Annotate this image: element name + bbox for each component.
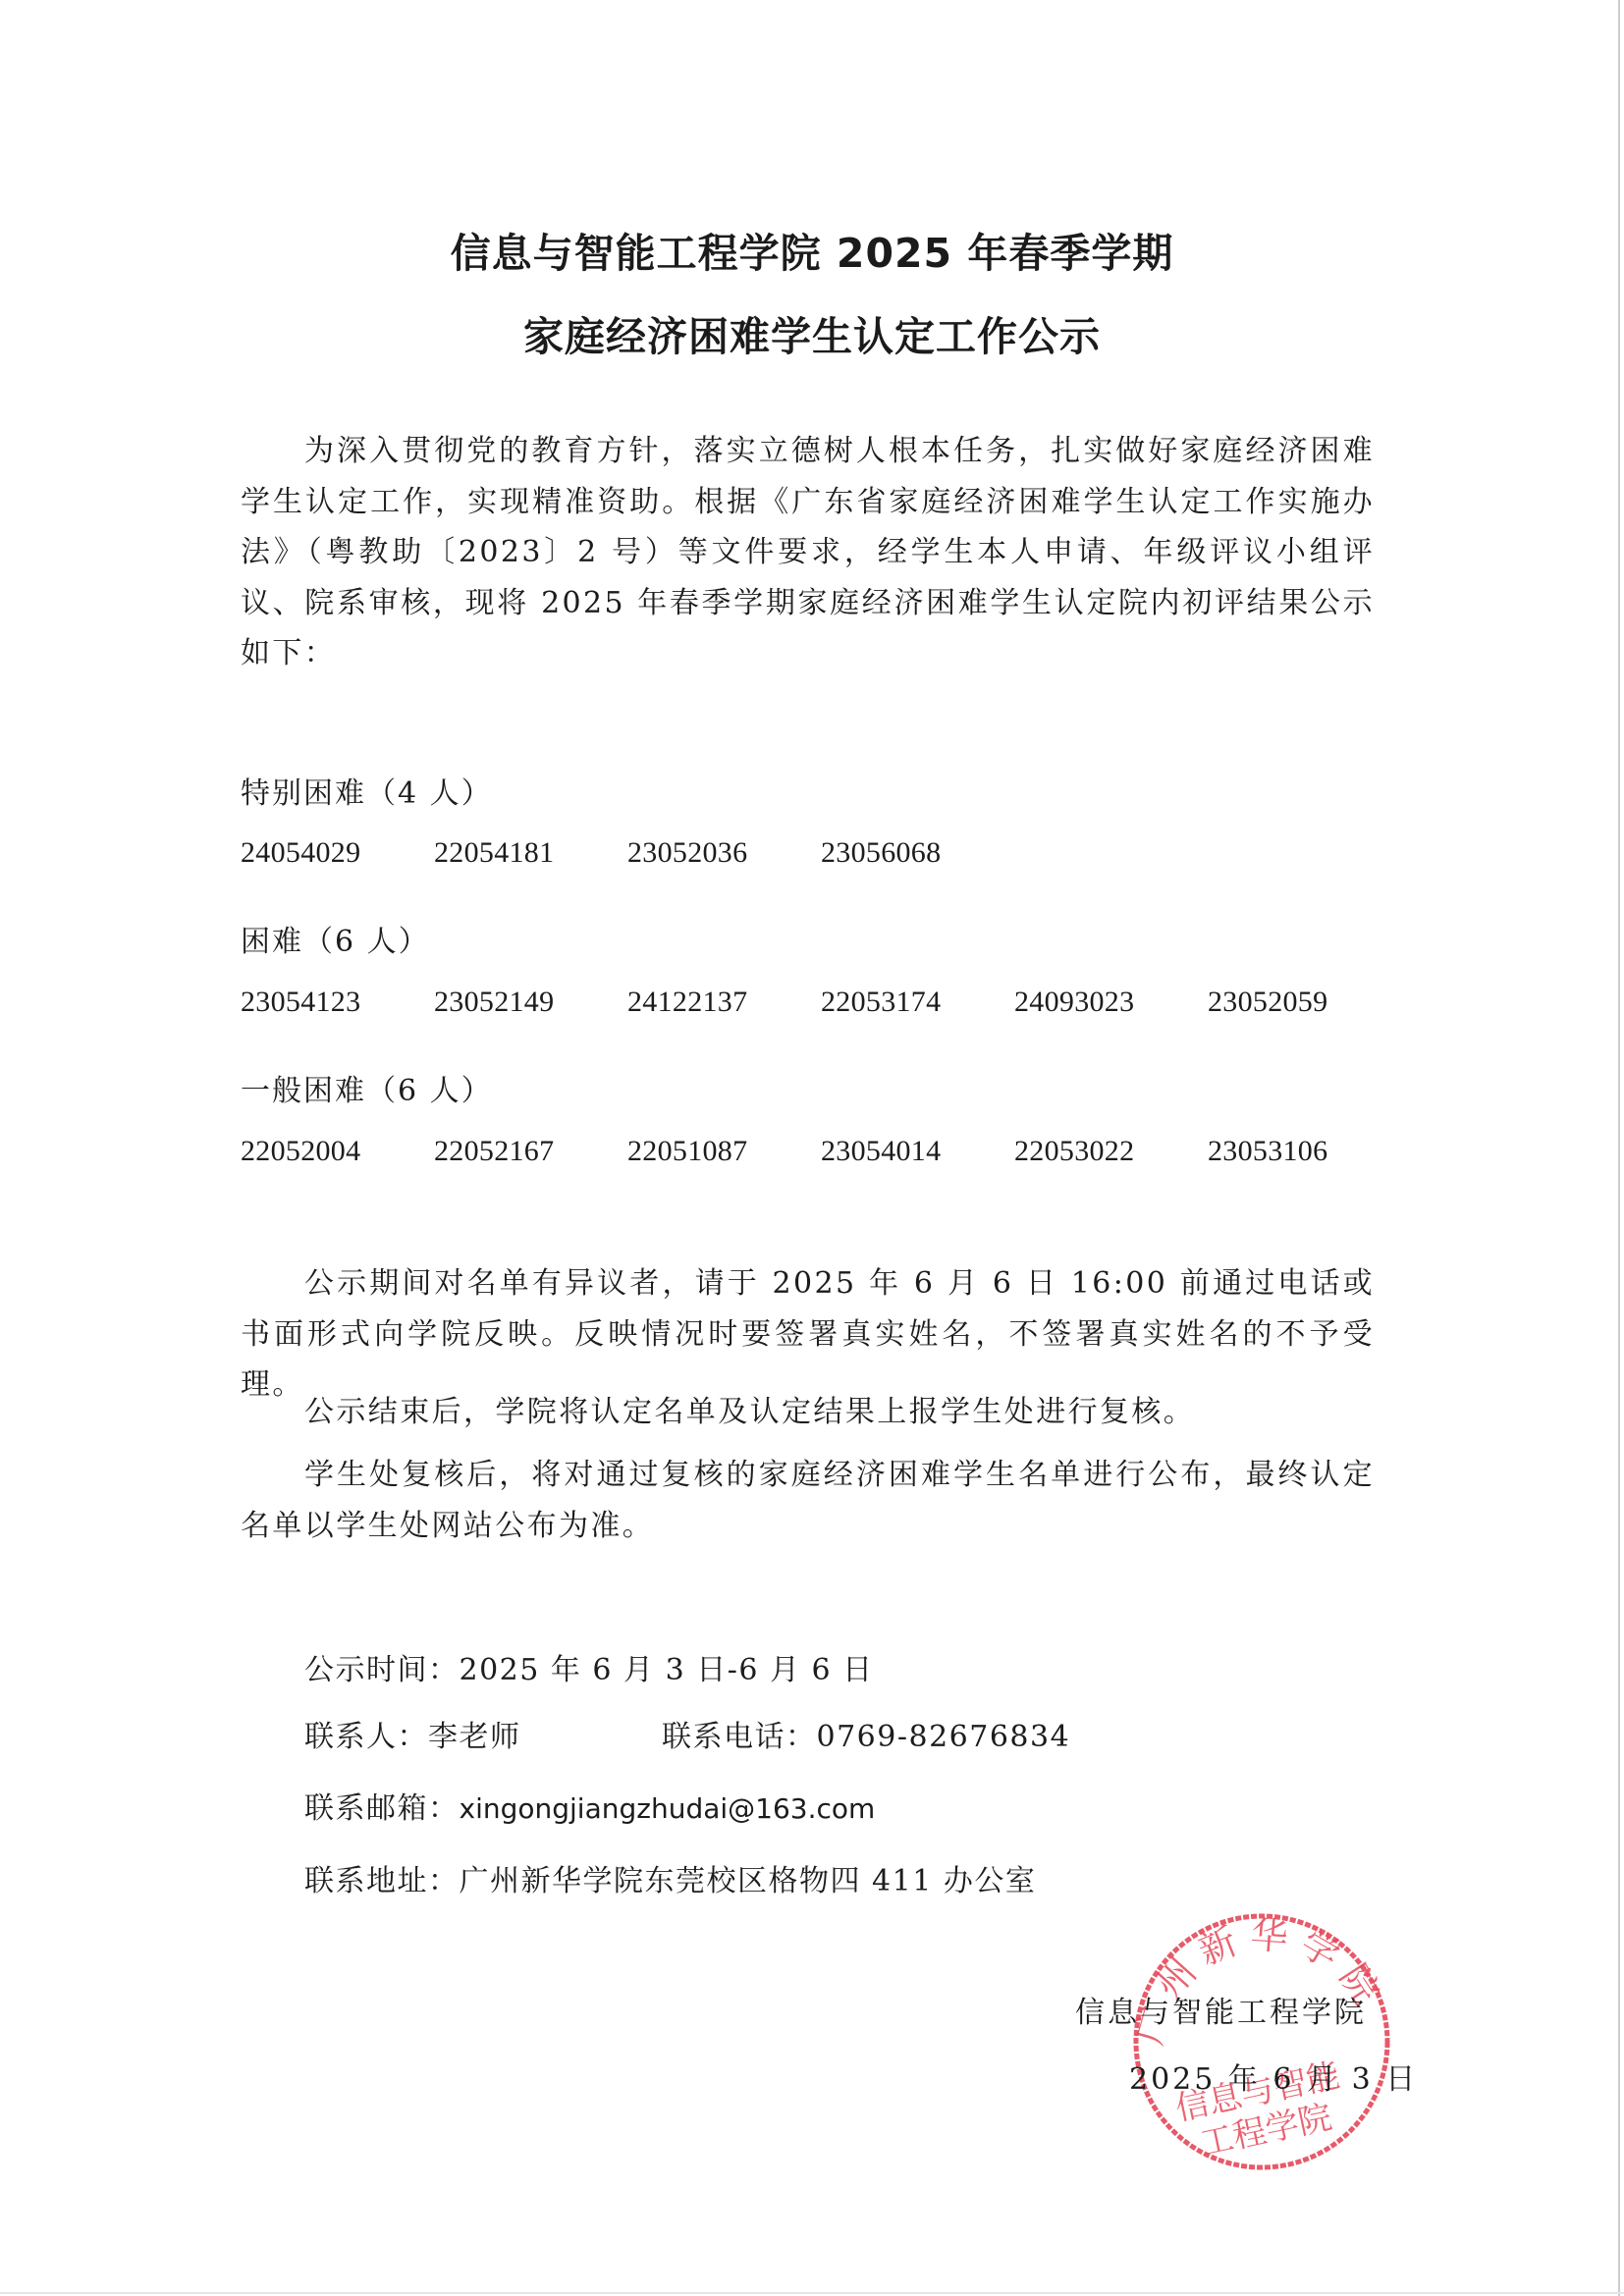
- category-label-general: 一般困难（6 人）: [241, 1066, 493, 1109]
- contact-person: 联系人：李老师: [304, 1720, 521, 1754]
- intro-paragraph: 为深入贯彻党的教育方针，落实立德树人根本任务，扎实做好家庭经济困难学生认定工作，…: [241, 426, 1375, 679]
- publicity-period: 公示时间：2025 年 6 月 3 日-6 月 6 日: [304, 1645, 874, 1688]
- student-id: 22052004: [241, 1135, 360, 1168]
- final-list-paragraph: 学生处复核后，将对通过复核的家庭经济困难学生名单进行公布，最终认定名单以学生处网…: [241, 1450, 1375, 1551]
- category-label-special: 特别困难（4 人）: [241, 769, 493, 812]
- student-id: 24054029: [241, 836, 360, 870]
- student-id: 23054123: [241, 986, 360, 1019]
- document-title-line1: 信息与智能工程学院 2025 年春季学期: [0, 221, 1624, 279]
- category-label-difficult: 困难（6 人）: [241, 917, 430, 960]
- student-id: 23056068: [821, 836, 941, 870]
- student-id: 23054014: [821, 1135, 941, 1168]
- contact-address: 联系地址：广州新华学院东莞校区格物四 411 办公室: [304, 1856, 1036, 1899]
- signature-date: 2025 年 6 月 3 日: [1129, 2055, 1418, 2098]
- official-seal-stamp-icon: 广州新华学院 信息与智能 工程学院: [1114, 1895, 1409, 2189]
- student-id: 22052167: [434, 1135, 554, 1168]
- student-id-row-general: 22052004 22052167 22051087 23054014 2205…: [241, 1135, 1419, 1174]
- contact-phone: 联系电话：0769-82676834: [662, 1712, 1070, 1755]
- student-id: 23052059: [1208, 986, 1327, 1019]
- document-title-line2: 家庭经济困难学生认定工作公示: [0, 304, 1624, 362]
- contact-email-line: 联系邮箱：xingongjiangzhudai@163.com: [304, 1784, 875, 1827]
- scan-edge-bottom: [0, 2292, 1624, 2294]
- student-id: 22053022: [1014, 1135, 1134, 1168]
- student-id: 23052036: [627, 836, 747, 870]
- student-id: 22051087: [627, 1135, 747, 1168]
- student-id: 24122137: [627, 986, 747, 1019]
- student-id: 24093023: [1014, 986, 1134, 1019]
- contact-line: 联系人：李老师 联系电话：0769-82676834: [304, 1712, 521, 1755]
- student-id: 22053174: [821, 986, 941, 1019]
- student-id-row-difficult: 23054123 23052149 24122137 22053174 2409…: [241, 986, 1419, 1025]
- student-id-row-special: 24054029 22054181 23052036 23056068: [241, 836, 1419, 876]
- student-id: 23053106: [1208, 1135, 1327, 1168]
- student-id: 23052149: [434, 986, 554, 1019]
- contact-email-label: 联系邮箱：: [304, 1791, 460, 1826]
- signature-organization: 信息与智能工程学院: [1075, 1988, 1367, 2031]
- student-id: 22054181: [434, 836, 554, 870]
- document-page: 信息与智能工程学院 2025 年春季学期 家庭经济困难学生认定工作公示 为深入贯…: [0, 0, 1624, 2296]
- after-publicity-paragraph: 公示结束后，学院将认定名单及认定结果上报学生处进行复核。: [241, 1387, 1375, 1438]
- contact-email[interactable]: xingongjiangzhudai@163.com: [460, 1792, 876, 1825]
